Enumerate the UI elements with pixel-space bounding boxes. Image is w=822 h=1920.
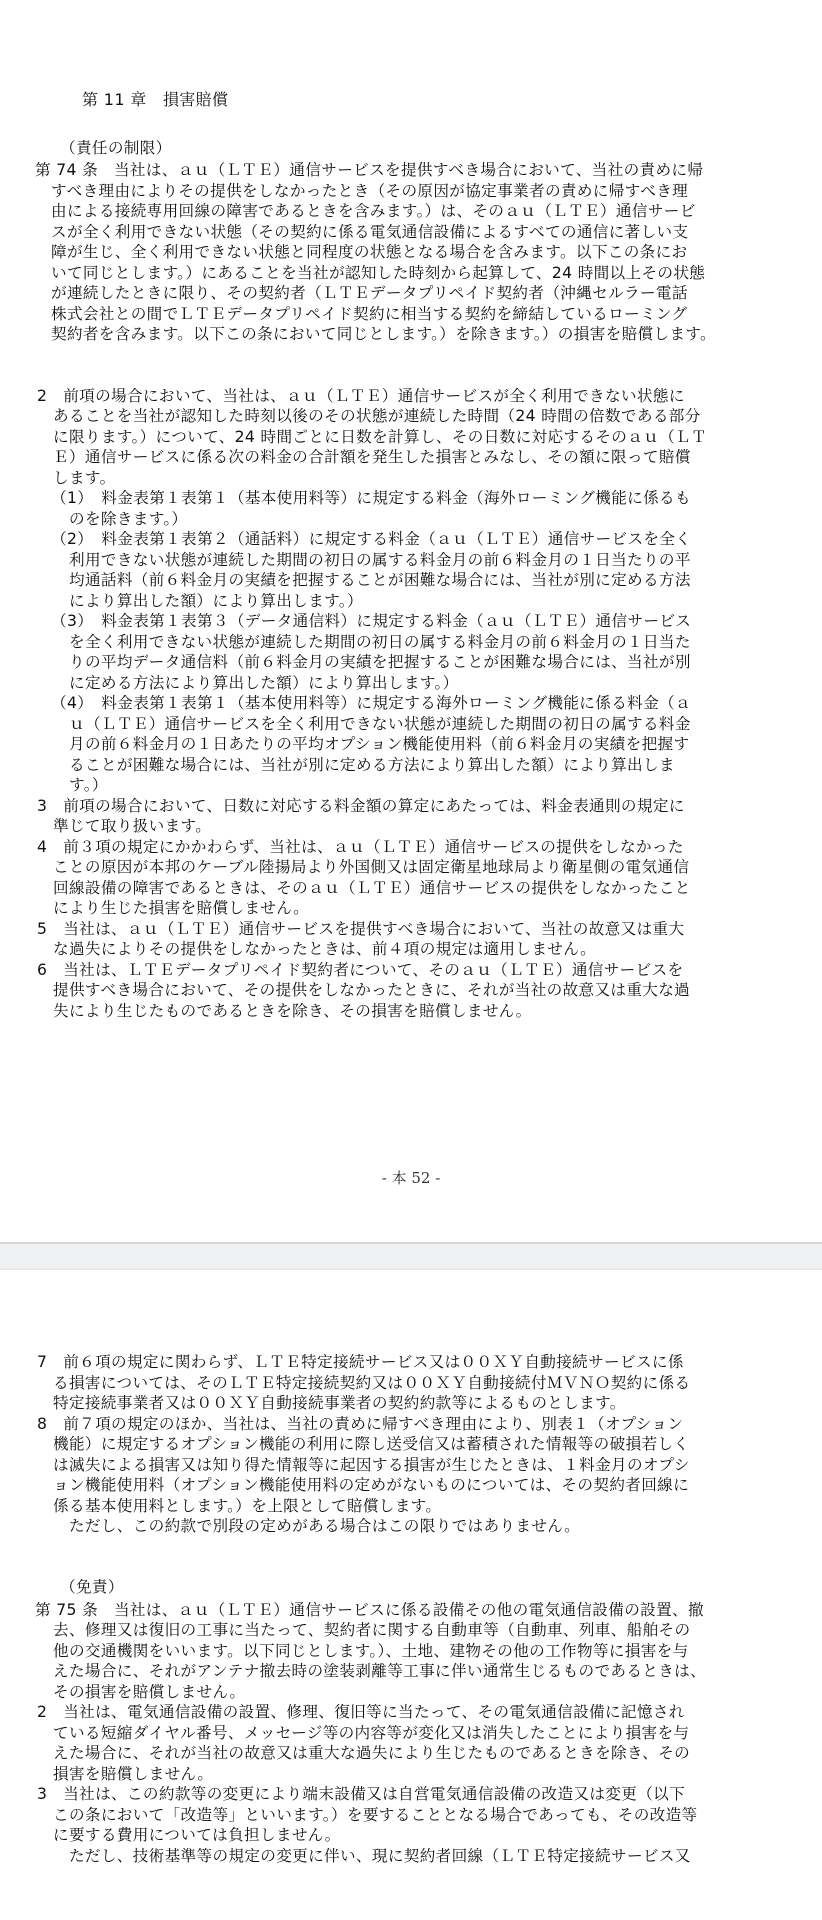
paragraph-8-line: は滅失による損害又は知り得た情報等に起因する損害が生じたときは、１料金月のオプシ xyxy=(53,1455,690,1475)
proviso-line: ただし、この約款で別段の定めがある場合はこの限りではありません。 xyxy=(53,1516,580,1536)
paragraph-7-line: る損害については、そのＬＴＥ特定接続契約又は００ＸＹ自動接続付ＭＶＮＯ契約に係る xyxy=(53,1373,690,1393)
paragraph-8-line: 係る基本使用料とします。）を上限として賠償します。 xyxy=(53,1496,441,1516)
paragraph-2-line: あることを当社が認知した時刻以後のその状態が連続した時間（24 時間の倍数である… xyxy=(53,406,701,426)
item-2-line: 利用できない状態が連続した期間の初日の属する料金月の前６料金月の１日当たりの平 xyxy=(69,550,691,570)
item-2-line: により算出した額）により算出します。） xyxy=(69,591,363,611)
item-2-line: （2） 料金表第１表第２（通話料）に規定する料金（ａｕ（ＬＴＥ）通信サービスを全… xyxy=(51,529,691,549)
item-3-line: りの平均データ通信料（前６料金月の実績を把握することが困難な場合には、当社が別 xyxy=(69,652,691,672)
paragraph-5-line: 5 当社は、ａｕ（ＬＴＥ）通信サービスを提供すべき場合において、当社の故意又は重… xyxy=(37,919,684,939)
document-viewer[interactable]: 第 11 章 損害賠償 （責任の制限） 第 74 条 当社は、ａｕ（ＬＴＥ）通信… xyxy=(0,0,822,1920)
paragraph-7-line: 特定接続事業者又は００ＸＹ自動接続事業者の契約約款等によるものとします。 xyxy=(53,1393,626,1413)
article-75-line: 第 75 条 当社は、ａｕ（ＬＴＥ）通信サービスに係る設備その他の電気通信設備の… xyxy=(35,1600,704,1620)
article-74-line: 株式会社との間でＬＴＥデータプリペイド契約に相当する契約を締結しているローミング xyxy=(51,304,688,324)
paragraph-6-line: 失により生じたものであるときを除き、その損害を賠償しません。 xyxy=(53,1001,532,1021)
paragraph-8-line: 機能）に規定するオプション機能の利用に際し送受信又は蓄積された情報等の破損若しく xyxy=(53,1434,689,1454)
section-caption-liability-limit: （責任の制限） xyxy=(60,138,172,158)
paragraph-3-line: 3 前項の場合において、日数に対応する料金額の算定にあたっては、料金表通則の規定… xyxy=(37,796,685,816)
paragraph-4-line: により生じた損害を賠償しません。 xyxy=(53,898,309,918)
article-75-paragraph-3-line: この条において「改造等」といいます。）を要することとなる場合であっても、その改造… xyxy=(53,1805,698,1825)
item-3-line: を全く利用できない状態が連続した期間の初日の属する料金月の前６料金月の１日当た xyxy=(69,632,691,652)
item-4-line: ｕ（ＬＴＥ）通信サービスを全く利用できない状態が連続した期間の初日の属する料金 xyxy=(69,714,691,734)
document-page-53: 7 前６項の規定に関わらず、ＬＴＥ特定接続サービス又は００ＸＹ自動接続サービスに… xyxy=(0,1270,822,1920)
article-74-line: すべき理由によりその提供をしなかったとき（その原因が協定事業者の責めに帰すべき理 xyxy=(51,181,688,201)
article-75-line: 他の交通機関をいいます。以下同じとします。）、土地、建物その他の工作物等に損害を… xyxy=(53,1641,689,1661)
page-separator xyxy=(0,1242,822,1272)
paragraph-7-line: 7 前６項の規定に関わらず、ＬＴＥ特定接続サービス又は００ＸＹ自動接続サービスに… xyxy=(37,1352,684,1372)
article-74-line: スが全く利用できない状態（その契約に係る電気通信設備によるすべての通信に著しい支 xyxy=(51,222,688,242)
article-75-paragraph-2-line: 2 当社は、電気通信設備の設置、修理、復旧等に当たって、その電気通信設備に記憶さ… xyxy=(37,1702,685,1722)
paragraph-2-line: Ｅ）通信サービスに係る次の料金の合計額を発生した損害とみなし、その額に限って賠償 xyxy=(53,447,691,467)
paragraph-2-line: に限ります。）について、24 時間ごとに日数を計算し、その日数に対応するそのａｕ… xyxy=(53,427,707,447)
paragraph-4-line: 4 前３項の規定にかかわらず、当社は、ａｕ（ＬＴＥ）通信サービスの提供をしなかっ… xyxy=(37,837,684,857)
article-75-paragraph-2-line: 損害を賠償しません。 xyxy=(53,1764,213,1784)
article-75-paragraph-2-line: えた場合に、それが当社の故意又は重大な過失により生じたものであるときを除き、その xyxy=(53,1743,690,1763)
item-2-line: 均通話料（前６料金月の実績を把握することが困難な場合には、当社が別に定める方法 xyxy=(69,570,691,590)
paragraph-3-line: 準じて取り扱います。 xyxy=(53,816,211,836)
paragraph-6-line: 6 当社は、ＬＴＥデータプリペイド契約者について、そのａｕ（ＬＴＥ）通信サービス… xyxy=(37,960,683,980)
item-4-line: 月の前６料金月の１日あたりの平均オプション機能使用料（前６料金月の実績を把握す xyxy=(69,734,689,754)
article-74-line: いて同じとします。）にあることを当社が認知した時刻から起算して、24 時間以上そ… xyxy=(51,263,705,283)
paragraph-5-line: な過失によりその提供をしなかったときは、前４項の規定は適用しません。 xyxy=(53,939,596,959)
article-74-line: が連続したときに限り、その契約者（ＬＴＥデータプリペイド契約者（沖縄セルラー電話 xyxy=(51,283,688,303)
section-caption-exemption: （免責） xyxy=(60,1577,124,1597)
item-4-line: ることが困難な場合には、当社が別に定める方法により算出した額）により算出しま xyxy=(69,755,675,775)
article-74-line: 契約者を含みます。以下この条において同じとします。）を除きます。）の損害を賠償し… xyxy=(51,324,716,344)
paragraph-2-line: します。 xyxy=(53,468,116,488)
article-75-line: 去、修理又は復旧の工事に当たって、契約者に関する自動車等（自動車、列車、船舶その xyxy=(53,1620,690,1640)
paragraph-4-line: ことの原因が本邦のケーブル陸揚局より外国側又は固定衛星地球局より衛星側の電気通信 xyxy=(53,857,689,877)
paragraph-8-line: ョン機能使用料（オプション機能使用料の定めがないものについては、その契約者回線に xyxy=(53,1475,689,1495)
article-75-paragraph-3-line: に要する費用については負担しません。 xyxy=(53,1825,341,1845)
paragraph-6-line: 提供すべき場合において、その提供をしなかったときに、それが当社の故意又は重大な過 xyxy=(53,980,690,1000)
chapter-title: 第 11 章 損害賠償 xyxy=(82,90,228,110)
item-4-line: す。） xyxy=(69,775,108,795)
document-page-52: 第 11 章 損害賠償 （責任の制限） 第 74 条 当社は、ａｕ（ＬＴＥ）通信… xyxy=(0,0,822,1242)
item-1-line: （1） 料金表第１表第１（基本使用料等）に規定する料金（海外ローミング機能に係る… xyxy=(51,488,691,508)
paragraph-8-line: 8 前７項の規定のほか、当社は、当社の責めに帰すべき理由により、別表１（オプショ… xyxy=(37,1414,683,1434)
article-74-line: 第 74 条 当社は、ａｕ（ＬＴＥ）通信サービスを提供すべき場合において、当社の… xyxy=(35,160,703,180)
item-4-line: （4） 料金表第１表第１（基本使用料等）に規定する海外ローミング機能に係る料金（… xyxy=(51,693,691,713)
article-75-paragraph-3-line: 3 当社は、この約款等の変更により端末設備又は自営電気通信設備の改造又は変更（以… xyxy=(37,1784,685,1804)
article-75-proviso-line: ただし、技術基準等の規定の変更に伴い、現に契約者回線（ＬＴＥ特定接続サービス又 xyxy=(53,1846,691,1866)
item-1-line: のを除きます。） xyxy=(69,509,188,529)
article-74-line: 由による接続専用回線の障害であるときを含みます。）は、そのａｕ（ＬＴＥ）通信サー… xyxy=(51,201,696,221)
paragraph-2-line: 2 前項の場合において、当社は、ａｕ（ＬＴＥ）通信サービスが全く利用できない状態… xyxy=(37,386,685,406)
item-3-line: （3） 料金表第１表第３（データ通信料）に規定する料金（ａｕ（ＬＴＥ）通信サービ… xyxy=(51,611,691,631)
article-75-line: その損害を賠償しません。 xyxy=(53,1682,245,1702)
article-74-line: 障が生じ、全く利用できない状態と同程度の状態となる場合を含みます。以下この条にお xyxy=(51,242,688,262)
article-75-paragraph-2-line: ている短縮ダイヤル番号、メッセージ等の内容等が変化又は消失したことにより損害を与 xyxy=(53,1723,689,1743)
page-number: - 本 52 - xyxy=(0,1167,822,1188)
item-3-line: に定める方法により算出した額）により算出します。） xyxy=(69,673,459,693)
article-75-line: えた場合に、それがアンテナ撤去時の塗装剥離等工事に伴い通常生じるものであるときは… xyxy=(53,1661,706,1681)
paragraph-4-line: 回線設備の障害であるときは、そのａｕ（ＬＴＥ）通信サービスの提供をしなかったこと xyxy=(53,878,691,898)
